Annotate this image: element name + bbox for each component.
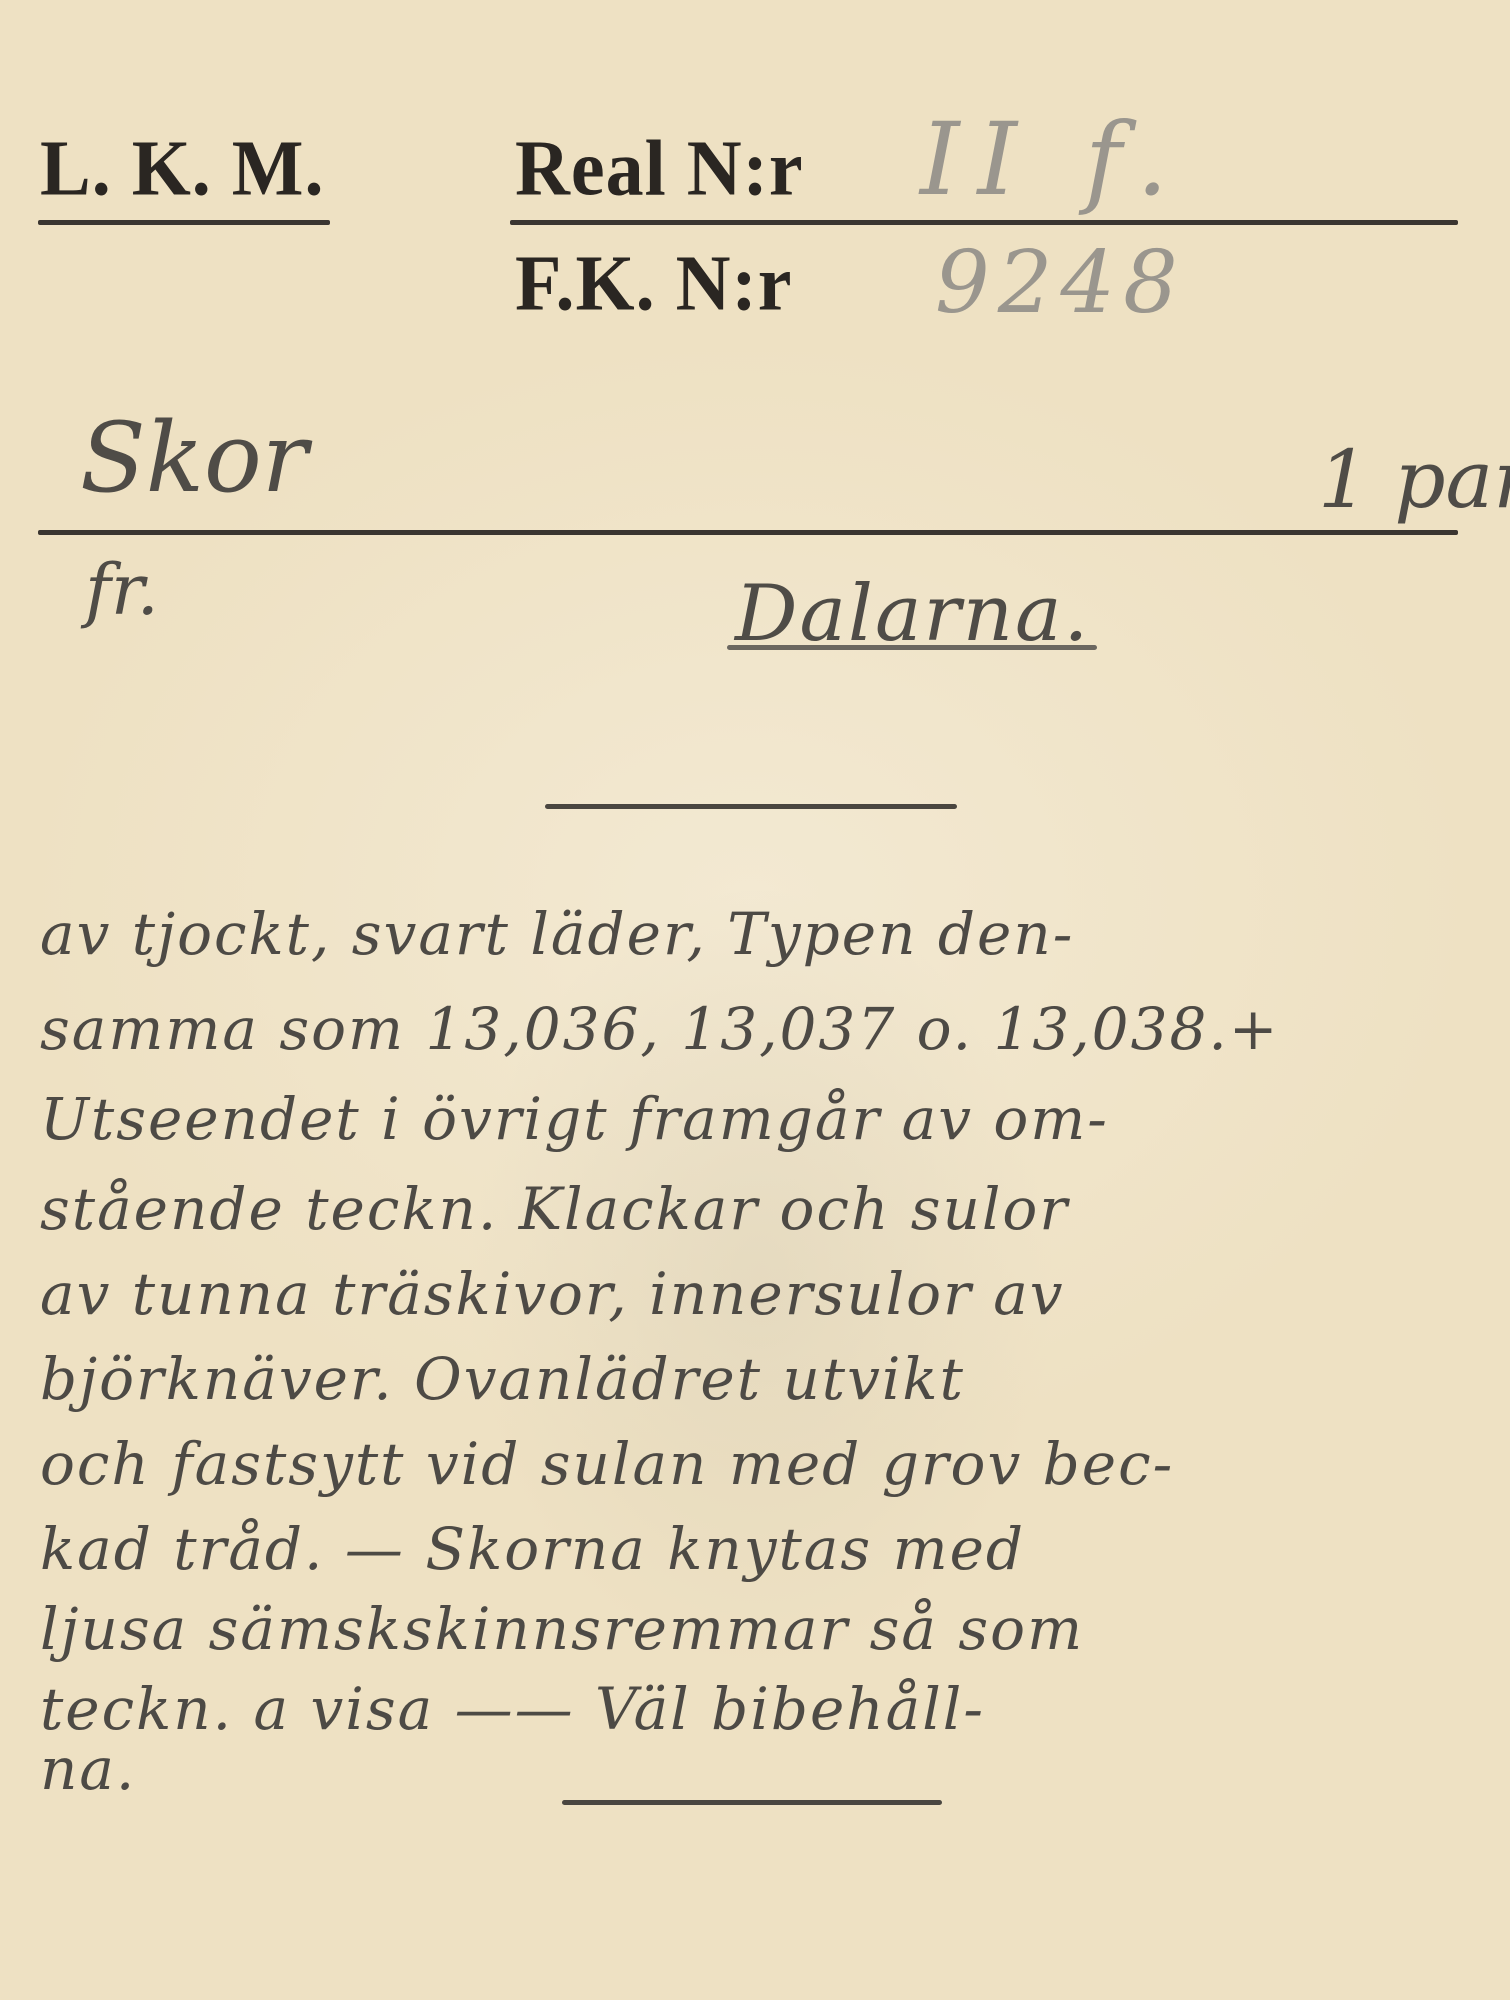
description-line: stående teckn. Klackar och sulor bbox=[40, 1180, 1069, 1238]
divider-top bbox=[545, 804, 957, 809]
object-name: Skor bbox=[80, 410, 308, 506]
description-line: samma som 13,036, 13,037 o. 13,038.+ bbox=[40, 1000, 1279, 1058]
place-name: Dalarna. bbox=[735, 575, 1090, 653]
real-number-label: Real N:r bbox=[515, 128, 804, 208]
fk-number-label: F.K. N:r bbox=[515, 243, 793, 323]
description-line: na. bbox=[40, 1740, 136, 1798]
description-line: ljusa sämskskinnsremmar så som bbox=[40, 1600, 1084, 1658]
real-number-rule bbox=[510, 220, 1458, 225]
fk-number-value: 9248 bbox=[935, 240, 1186, 326]
place-underline bbox=[727, 645, 1097, 650]
description-line: av tjockt, svart läder, Typen den- bbox=[40, 905, 1074, 963]
institution-label: L. K. M. bbox=[40, 128, 325, 208]
object-rule bbox=[38, 530, 1458, 535]
catalog-card: L. K. M. Real N:r II f. F.K. N:r 9248 Sk… bbox=[0, 0, 1510, 2000]
description-line: kad tråd. — Skorna knytas med bbox=[40, 1520, 1025, 1578]
divider-bottom bbox=[562, 1800, 942, 1805]
description-line: teckn. a visa —— Väl bibehåll- bbox=[40, 1680, 985, 1738]
institution-rule bbox=[38, 220, 330, 225]
description-line: Utseendet i övrigt framgår av om- bbox=[40, 1090, 1109, 1148]
description-line: och fastsytt vid sulan med grov bec- bbox=[40, 1435, 1174, 1493]
object-quantity: 1 par. bbox=[1318, 440, 1510, 520]
description-line: björknäver. Ovanlädret utvikt bbox=[40, 1350, 965, 1408]
from-label: fr. bbox=[85, 555, 159, 625]
real-number-value: II f. bbox=[920, 110, 1186, 210]
description-line: av tunna träskivor, innersulor av bbox=[40, 1265, 1065, 1323]
